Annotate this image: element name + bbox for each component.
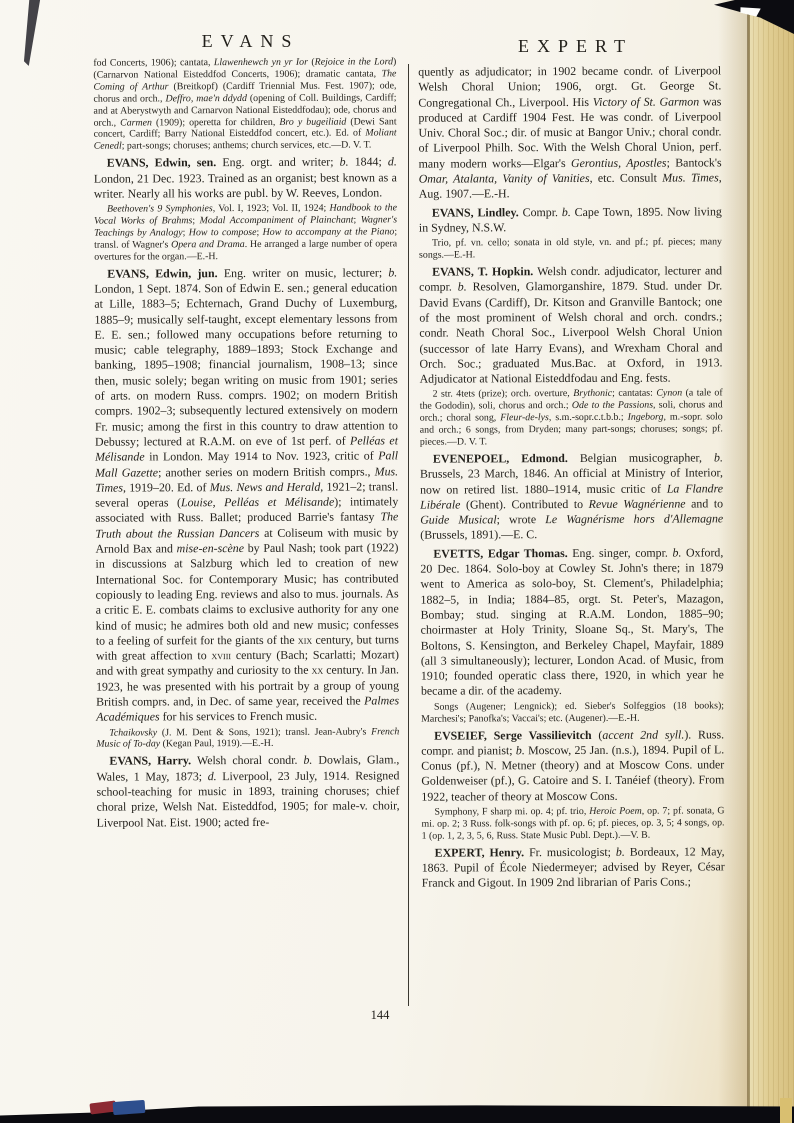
ribbon-mark-blue — [113, 1100, 146, 1115]
entry-evetts-edgar-thomas: EVETTS, Edgar Thomas. Eng. singer, compr… — [420, 545, 724, 699]
works-list-evans-edwin-jun: Tchaikovsky (J. M. Dent & Sons, 1921); t… — [96, 726, 399, 751]
entry-expert-henry: EXPERT, Henry. Fr. musicologist; b. Bord… — [422, 844, 725, 891]
works-list-evseief-serge: Symphony, F sharp mi. op. 4; pf. trio, H… — [421, 805, 724, 842]
right-column: quently as adjudicator; in 1902 became c… — [418, 63, 725, 891]
running-head-left: EVANS — [95, 31, 398, 52]
scanned-book-photo: EVANS EXPERT fod Concerts, 1906); cantat… — [0, 0, 794, 1123]
entry-evans-edwin-sen: EVANS, Edwin, sen. Eng. orgt. and writer… — [94, 155, 397, 202]
entry-evenepoel-edmond: EVENEPOEL, Edmond. Belgian musicographer… — [420, 450, 723, 543]
page-edge-bottom-right — [780, 1098, 792, 1123]
entry-evans-edwin-jun: EVANS, Edwin, jun. Eng. writer on music,… — [94, 265, 399, 725]
works-list-evans-edwin-sen: Beethoven's 9 Symphonies, Vol. I, 1923; … — [94, 202, 397, 263]
entry-evans-harry: EVANS, Harry. Welsh choral condr. b. Dow… — [96, 753, 399, 831]
works-list-evans-lindley: Trio, pf. vn. cello; sonata in old style… — [419, 237, 722, 262]
entry-evans-t-hopkin: EVANS, T. Hopkin. Welsh condr. adjudicat… — [419, 263, 723, 387]
left-column: fod Concerts, 1906); cantata, Llawenhewc… — [93, 56, 399, 830]
works-continuation-previous-entry: fod Concerts, 1906); cantata, Llawenhewc… — [93, 56, 396, 153]
column-rule — [408, 64, 409, 1006]
works-list-evetts-edgar-thomas: Songs (Augener; Lengnick); ed. Sieber's … — [421, 700, 724, 725]
entry-continuation-evans-harry: quently as adjudicator; in 1902 became c… — [418, 63, 722, 202]
running-head-right: EXPERT — [420, 36, 723, 57]
entry-evans-lindley: EVANS, Lindley. Compr. b. Cape Town, 189… — [419, 204, 722, 236]
page-edge-crease — [747, 0, 750, 1123]
entry-evseief-serge: EVSEIEF, Serge Vassilievitch (accent 2nd… — [421, 727, 724, 805]
works-list-evans-t-hopkin: 2 str. 4tets (prize); orch. overture, Br… — [420, 388, 723, 449]
book-page-edges — [748, 0, 794, 1123]
page-number: 144 — [340, 1008, 420, 1023]
